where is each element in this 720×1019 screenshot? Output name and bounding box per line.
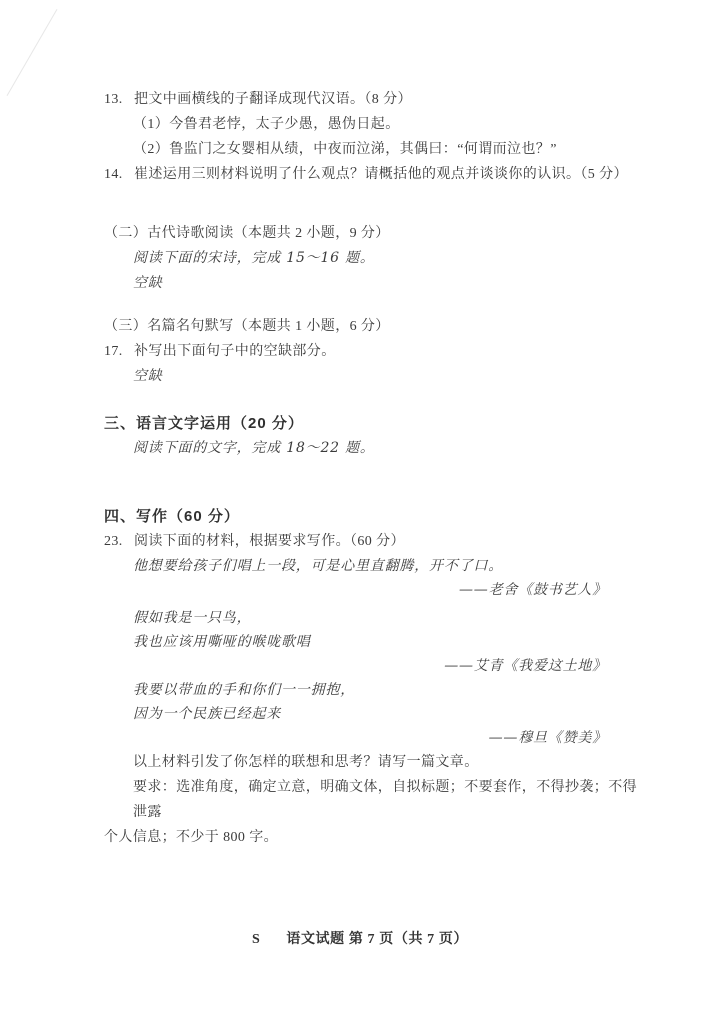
writing-requirements-line-1: 要求：选准角度，确定立意，明确文体，自拟标题；不要套作，不得抄袭；不得泄露 <box>104 775 642 825</box>
question-13-text: 把文中画横线的子翻译成现代汉语。（8 分） <box>134 87 642 112</box>
question-14-number: 14. <box>104 162 134 187</box>
writing-material-3-line-1: 我要以带血的手和你们一一拥抱， <box>104 678 642 702</box>
question-17-text: 补写出下面句子中的空缺部分。 <box>134 339 642 364</box>
section-writing-heading: 四、写作（60 分） <box>104 504 642 529</box>
writing-material-1: 他想要给孩子们唱上一段，可是心里直翻腾，开不了口。 <box>104 554 642 578</box>
exam-content: 13. 把文中画横线的子翻译成现代汉语。（8 分） （1）今鲁君老悖，太子少愚，… <box>104 87 642 850</box>
question-14-text: 崔述运用三则材料说明了什么观点？请概括他的观点并谈谈你的认识。（5 分） <box>134 162 642 187</box>
page-number-label: 语文试题 第 7 页（共 7 页） <box>286 932 468 947</box>
question-13-sub-2: （2）鲁监门之女婴相从绩，中夜而泣涕，其偶曰：“何谓而泣也？” <box>104 137 642 162</box>
writing-attribution-1: ——老舍《鼓书艺人》 <box>104 578 642 602</box>
writing-material-2-line-1: 假如我是一只鸟， <box>104 606 642 630</box>
section-poetry-placeholder: 空缺 <box>104 271 642 296</box>
exam-code: S <box>252 932 260 947</box>
writing-prompt: 以上材料引发了你怎样的联想和思考？请写一篇文章。 <box>104 750 642 775</box>
question-13-sub-1: （1）今鲁君老悖，太子少愚，愚伪日起。 <box>104 112 642 137</box>
writing-material-3-line-2: 因为一个民族已经起来 <box>104 702 642 726</box>
writing-material-2-line-2: 我也应该用嘶哑的喉咙歌唱 <box>104 630 642 654</box>
exam-paper-page: 13. 把文中画横线的子翻译成现代汉语。（8 分） （1）今鲁君老悖，太子少愚，… <box>0 0 720 1019</box>
section-recitation-heading: （三）名篇名句默写（本题共 1 小题，6 分） <box>104 314 642 339</box>
question-14: 14. 崔述运用三则材料说明了什么观点？请概括他的观点并谈谈你的认识。（5 分） <box>104 162 642 187</box>
question-13: 13. 把文中画横线的子翻译成现代汉语。（8 分） <box>104 87 642 112</box>
scan-crease-artifact <box>7 9 58 96</box>
section-poetry-heading: （二）古代诗歌阅读（本题共 2 小题，9 分） <box>104 221 642 246</box>
writing-requirements-line-2: 个人信息；不少于 800 字。 <box>104 825 642 850</box>
section-language-heading: 三、语言文字运用（20 分） <box>104 411 642 436</box>
section-poetry-instruction: 阅读下面的宋诗，完成 15～16 题。 <box>104 246 642 271</box>
page-footer: S语文试题 第 7 页（共 7 页） <box>0 928 720 948</box>
question-17-number: 17. <box>104 339 134 364</box>
question-23-number: 23. <box>104 529 134 554</box>
question-13-number: 13. <box>104 87 134 112</box>
writing-attribution-3: ——穆旦《赞美》 <box>104 726 642 750</box>
question-17: 17. 补写出下面句子中的空缺部分。 <box>104 339 642 364</box>
question-23: 23. 阅读下面的材料，根据要求写作。（60 分） <box>104 529 642 554</box>
writing-attribution-2: ——艾青《我爱这土地》 <box>104 654 642 678</box>
question-23-text: 阅读下面的材料，根据要求写作。（60 分） <box>134 529 642 554</box>
section-language-instruction: 阅读下面的文字，完成 18～22 题。 <box>104 436 642 461</box>
section-recitation-placeholder: 空缺 <box>104 364 642 389</box>
